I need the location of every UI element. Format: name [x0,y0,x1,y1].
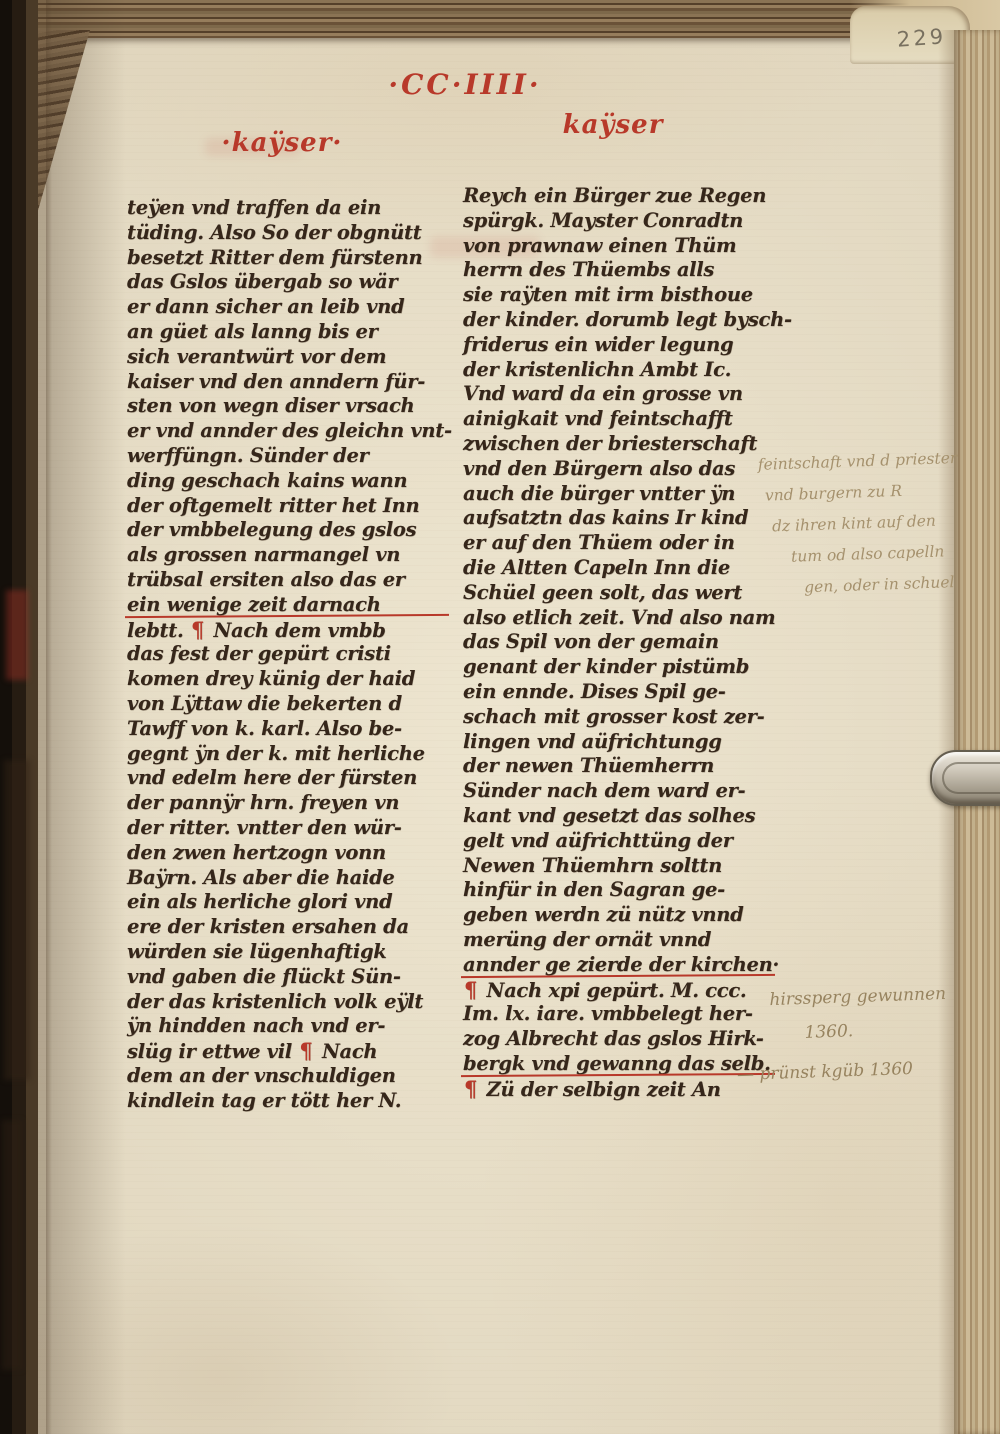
manuscript-line: merüng der ornät vnnd [463,928,765,953]
manuscript-line: gelt vnd aüfrichttüng der [463,829,765,854]
book-fore-edge [954,30,1000,1434]
manuscript-line: komen drey künig der haid [127,667,439,692]
manuscript-line: tüding. Also So der obgnütt [127,221,439,246]
manuscript-line: kindlein tag er tött her N. [127,1089,439,1114]
manuscript-line: Sünder nach dem ward er- [463,779,765,804]
manuscript-line: er vnd annder des gleichn vnt- [127,419,439,444]
text-column-right: Reych ein Bürger zue Regenspürgk. Mayste… [463,184,765,1101]
manuscript-line: kaiser vnd den anndern für- [127,370,439,395]
manuscript-line: das Gslos übergab so wär [127,270,439,295]
manuscript-line: dem an der vnschuldigen [127,1064,439,1089]
manuscript-line: als grossen narmangel vn [127,543,439,568]
manuscript-line: das Spil von der gemain [463,630,765,655]
margin-note-line: 1360. [770,1011,948,1051]
manuscript-line: ainigkait vnd feintschafft [463,407,765,432]
manuscript-line: würden sie lügenhaftigk [127,940,439,965]
gutter-shadow [46,0,126,1434]
manuscript-line: von Lÿttaw die bekerten d [127,692,439,717]
manuscript-line: bergk vnd gewanng das selb. [463,1052,765,1077]
manuscript-line: er auf den Thüem oder in [463,531,765,556]
manuscript-line: werffüngn. Sünder der [127,444,439,469]
manuscript-line: vnd gaben die flückt Sün- [127,965,439,990]
pilcrow-mark: ¶ [298,1038,315,1063]
manuscript-line: der das kristenlich volk eÿlt [127,990,439,1015]
manuscript-line: der pannÿr hrn. freyen vn [127,791,439,816]
folio-number: 229 [896,24,947,51]
manuscript-line: lebtt. ¶ Nach dem vmbb [127,618,439,643]
manuscript-line: hinfür in den Sagran ge- [463,878,765,903]
manuscript-line: ein wenige zeit darnach [127,593,439,618]
manuscript-line: ein als herliche glori vnd [127,890,439,915]
manuscript-line: friderus ein wider legung [463,333,765,358]
page-heading: ·CC·IIII· [350,68,580,101]
manuscript-line: lingen vnd aüfrichtungg [463,730,765,755]
manuscript-photo: 229 ·CC·IIII· ·kaÿser· kaÿser teÿen vnd … [0,0,1000,1434]
manuscript-line: geben werdn zü nütz vnnd [463,903,765,928]
metal-page-clip [930,750,1000,806]
manuscript-line: Im. lx. iare. vmbbelegt her- [463,1002,765,1027]
manuscript-line: annder ge zierde der kirchen· [463,953,765,978]
manuscript-line: teÿen vnd traffen da ein [127,196,439,221]
book-spine-gutter [0,0,52,1434]
manuscript-line: zog Albrecht das gslos Hirk- [463,1027,765,1052]
manuscript-line: aufsatztn das kains Ir kind [463,506,765,531]
margin-note: feintschaft vnd d priestervnd burgern zu… [757,442,982,605]
manuscript-line: der newen Thüemherrn [463,754,765,779]
pilcrow-mark: ¶ [190,617,207,642]
column-header-left: ·kaÿser· [127,128,437,158]
manuscript-line: spürgk. Mayster Conradtn [463,209,765,234]
text-column-left: teÿen vnd traffen da eintüding. Also So … [127,196,439,1113]
manuscript-line: gegnt ÿn der k. mit herliche [127,742,439,767]
manuscript-line: der kinder. dorumb legt bysch- [463,308,765,333]
manuscript-line: sten von wegn diser vrsach [127,394,439,419]
manuscript-line: besetzt Ritter dem fürstenn [127,246,439,271]
manuscript-line: schach mit grosser kost zer- [463,705,765,730]
manuscript-line: kant vnd gesetzt das solhes [463,804,765,829]
manuscript-line: Reych ein Bürger zue Regen [463,184,765,209]
manuscript-line: Baÿrn. Als aber die haide [127,866,439,891]
manuscript-line: ¶ Nach xpi gepürt. M. ccc. [463,978,765,1003]
manuscript-line: an güet als lanng bis er [127,320,439,345]
manuscript-line: von prawnaw einen Thüm [463,234,765,259]
manuscript-line: das fest der gepürt cristi [127,642,439,667]
column-header-right: kaÿser [463,110,763,140]
manuscript-line: die Altten Capeln Inn die [463,556,765,581]
manuscript-line: ¶ Zü der selbign zeit An [463,1077,765,1102]
manuscript-line: ding geschach kains wann [127,469,439,494]
margin-note-line: hirssperg gewunnen [769,977,947,1017]
manuscript-line: ÿn hindden nach vnd er- [127,1014,439,1039]
manuscript-line: vnd den Bürgern also das [463,457,765,482]
manuscript-line: sie raÿten mit irm bisthoue [463,283,765,308]
manuscript-line: den zwen hertzogn vonn [127,841,439,866]
manuscript-line: also etlich zeit. Vnd also nam [463,606,765,631]
manuscript-line: slüg ir ettwe vil ¶ Nach [127,1039,439,1064]
manuscript-line: genant der kinder pistümb [463,655,765,680]
manuscript-line: der kristenlichn Ambt Ic. [463,358,765,383]
pilcrow-mark: ¶ [463,977,480,1002]
manuscript-line: Tawff von k. karl. Also be- [127,717,439,742]
manuscript-line: zwischen der briesterschaft [463,432,765,457]
manuscript-line: sich verantwürt vor dem [127,345,439,370]
manuscript-line: ein ennde. Dises Spil ge- [463,680,765,705]
pilcrow-mark: ¶ [463,1076,480,1101]
manuscript-line: herrn des Thüembs alls [463,258,765,283]
manuscript-line: der vmbbelegung des gslos [127,518,439,543]
page-edge-shadow [938,30,954,1434]
manuscript-line: der ritter. vntter den wür- [127,816,439,841]
manuscript-line: auch die bürger vntter ÿn [463,482,765,507]
manuscript-line: Vnd ward da ein grosse vn [463,382,765,407]
manuscript-line: ere der kristen ersahen da [127,915,439,940]
manuscript-line: trübsal ersiten also das er [127,568,439,593]
manuscript-line: der oftgemelt ritter het Inn [127,494,439,519]
manuscript-line: Newen Thüemhrn solttn [463,854,765,879]
manuscript-line: er dann sicher an leib vnd [127,295,439,320]
margin-note: hirssperg gewunnen1360. [769,977,948,1051]
manuscript-line: Schüel geen solt, das wert [463,581,765,606]
manuscript-line: vnd edelm here der fürsten [127,766,439,791]
